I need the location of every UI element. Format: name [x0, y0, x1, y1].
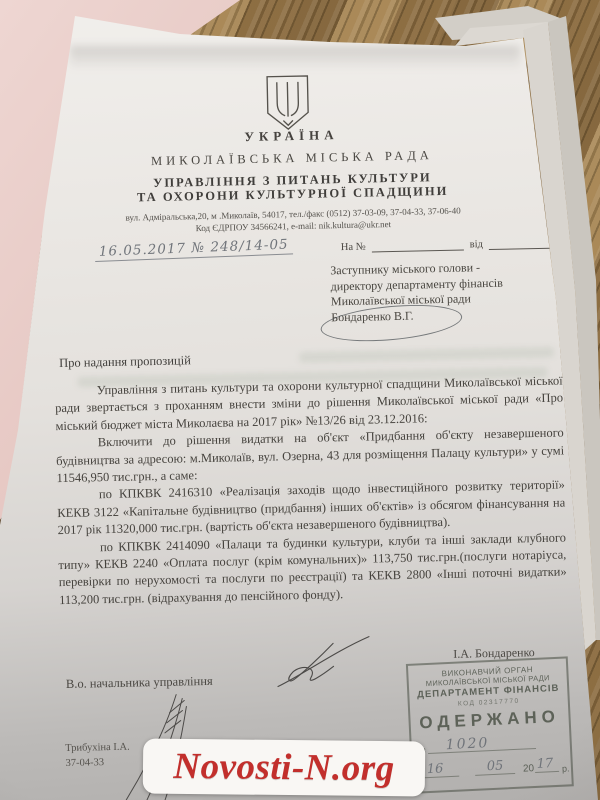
document-content: УКРАЇНА МИКОЛАЇВСЬКА МІСЬКА РАДА УПРАВЛІ… [0, 0, 600, 800]
handwritten-outgoing-number: 16.05.2017 № 248/14-05 [95, 236, 293, 262]
document-page: УКРАЇНА МИКОЛАЇВСЬКА МІСЬКА РАДА УПРАВЛІ… [0, 0, 600, 800]
ink-bleed-through [299, 347, 554, 363]
blank-line [489, 238, 551, 250]
incoming-ref-line: На №від [341, 238, 551, 253]
stamp-year-suffix: р. [562, 763, 570, 773]
stamp-year-prefix: 20 [523, 763, 535, 775]
subject-line: Про надання пропозицій [59, 353, 191, 371]
novosti-watermark-badge: Novosti-N.org [143, 739, 426, 797]
stamp-date-month: 05 [486, 759, 503, 775]
novosti-watermark-text: Novosti-N.org [173, 745, 395, 790]
na-number-label: На № [341, 242, 366, 254]
received-stamp: ВИКОНАВЧИЙ ОРГАН МИКОЛАЇВСЬКОЇ МІСЬКОЇ Р… [406, 656, 574, 793]
vid-label: від [470, 239, 483, 250]
letter-body: Управління з питань культури та охорони … [55, 372, 568, 609]
stamp-date-year: 17 [536, 756, 553, 772]
photo-of-document: УКРАЇНА МИКОЛАЇВСЬКА МІСЬКА РАДА УПРАВЛІ… [0, 0, 600, 800]
signer-position-title: В.о. начальника управління [66, 674, 213, 692]
stamp-handwritten-number: 1020 [445, 735, 489, 753]
document-paragraph: по КПКВК 2414090 «Палаци та будинки куль… [58, 529, 567, 609]
trident-emblem-icon [263, 74, 312, 133]
signature-scribble [273, 635, 374, 699]
stamp-date-day: 16 [427, 761, 444, 777]
blank-line [372, 240, 464, 253]
